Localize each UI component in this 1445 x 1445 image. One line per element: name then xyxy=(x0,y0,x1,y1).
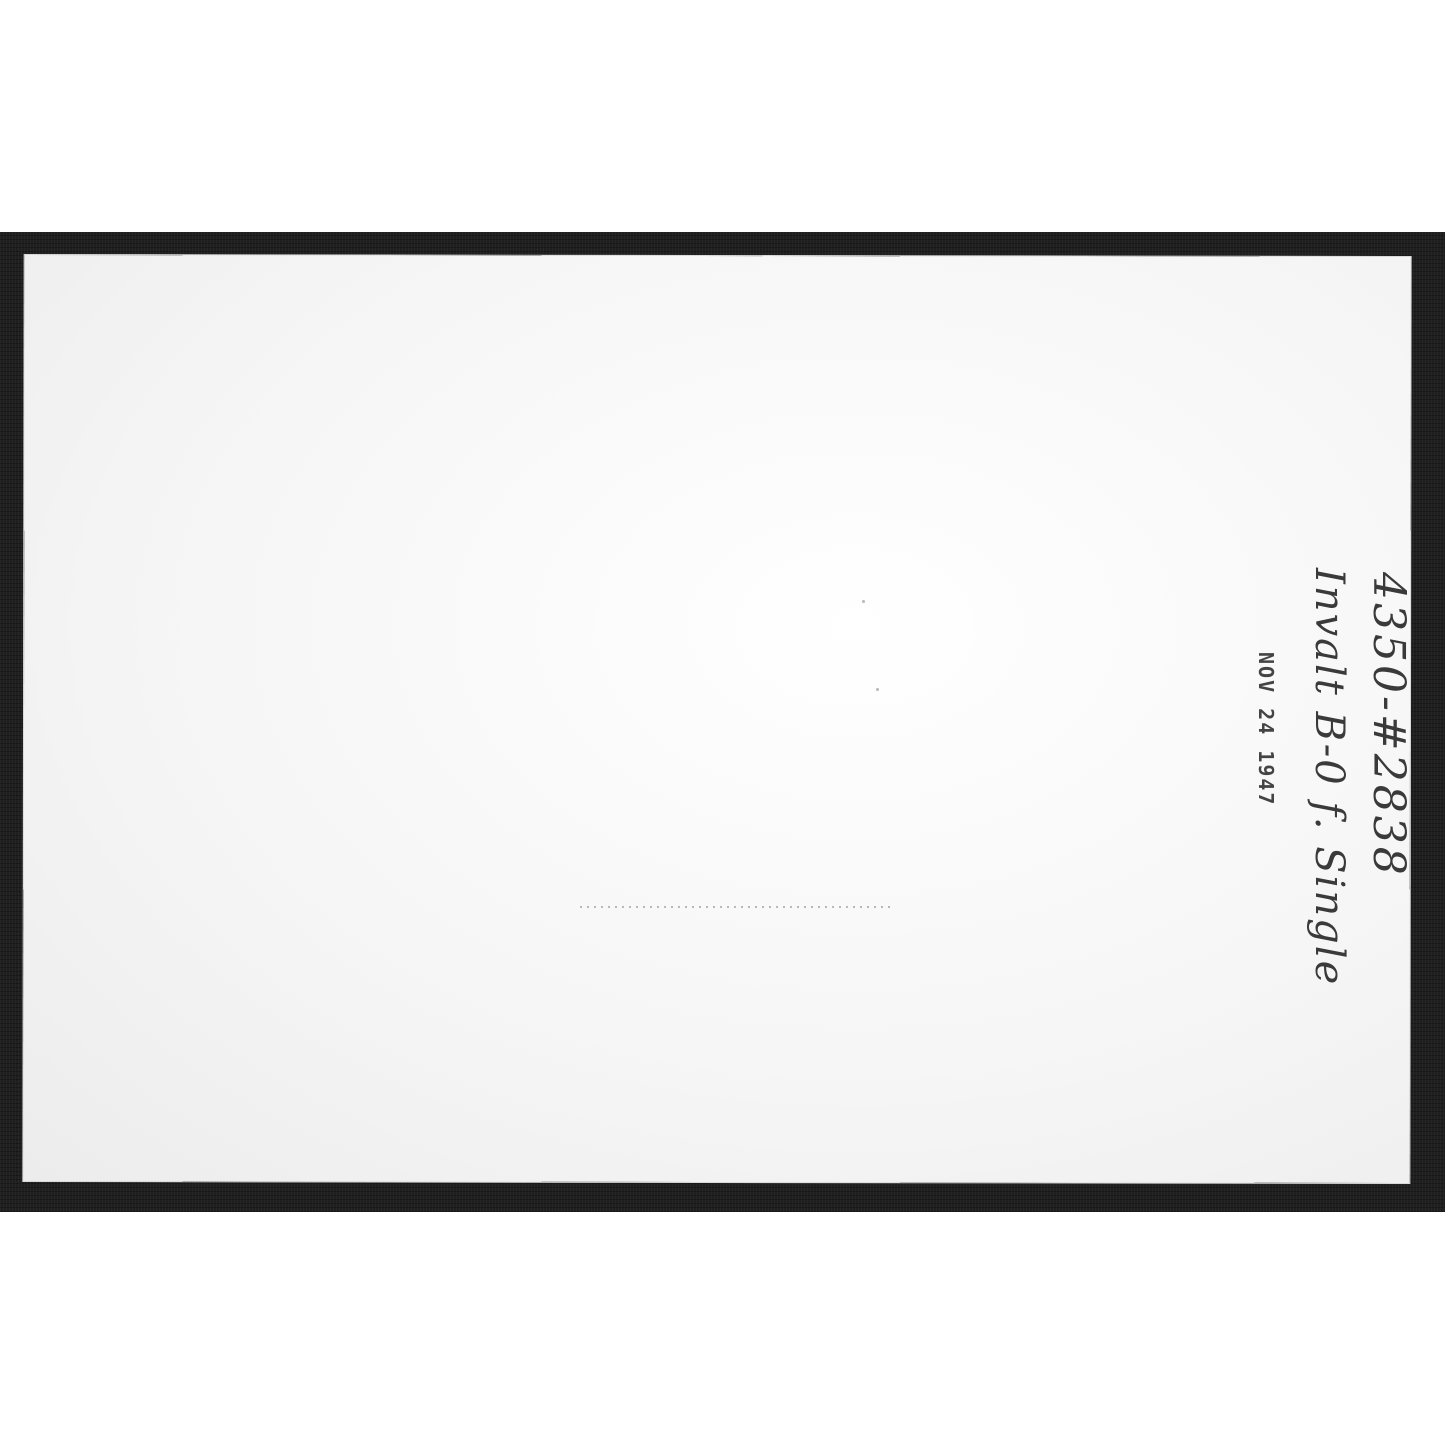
faint-print-through xyxy=(580,906,895,908)
photo-print-back xyxy=(23,255,1410,1183)
handwritten-caption: Invalt B-0 f. Single xyxy=(1306,568,1352,986)
date-stamp: NOV 24 1947 xyxy=(1254,652,1278,806)
speck xyxy=(876,688,879,691)
speck xyxy=(862,600,865,603)
handwritten-reference-number: 4350-#2838 xyxy=(1363,572,1414,878)
